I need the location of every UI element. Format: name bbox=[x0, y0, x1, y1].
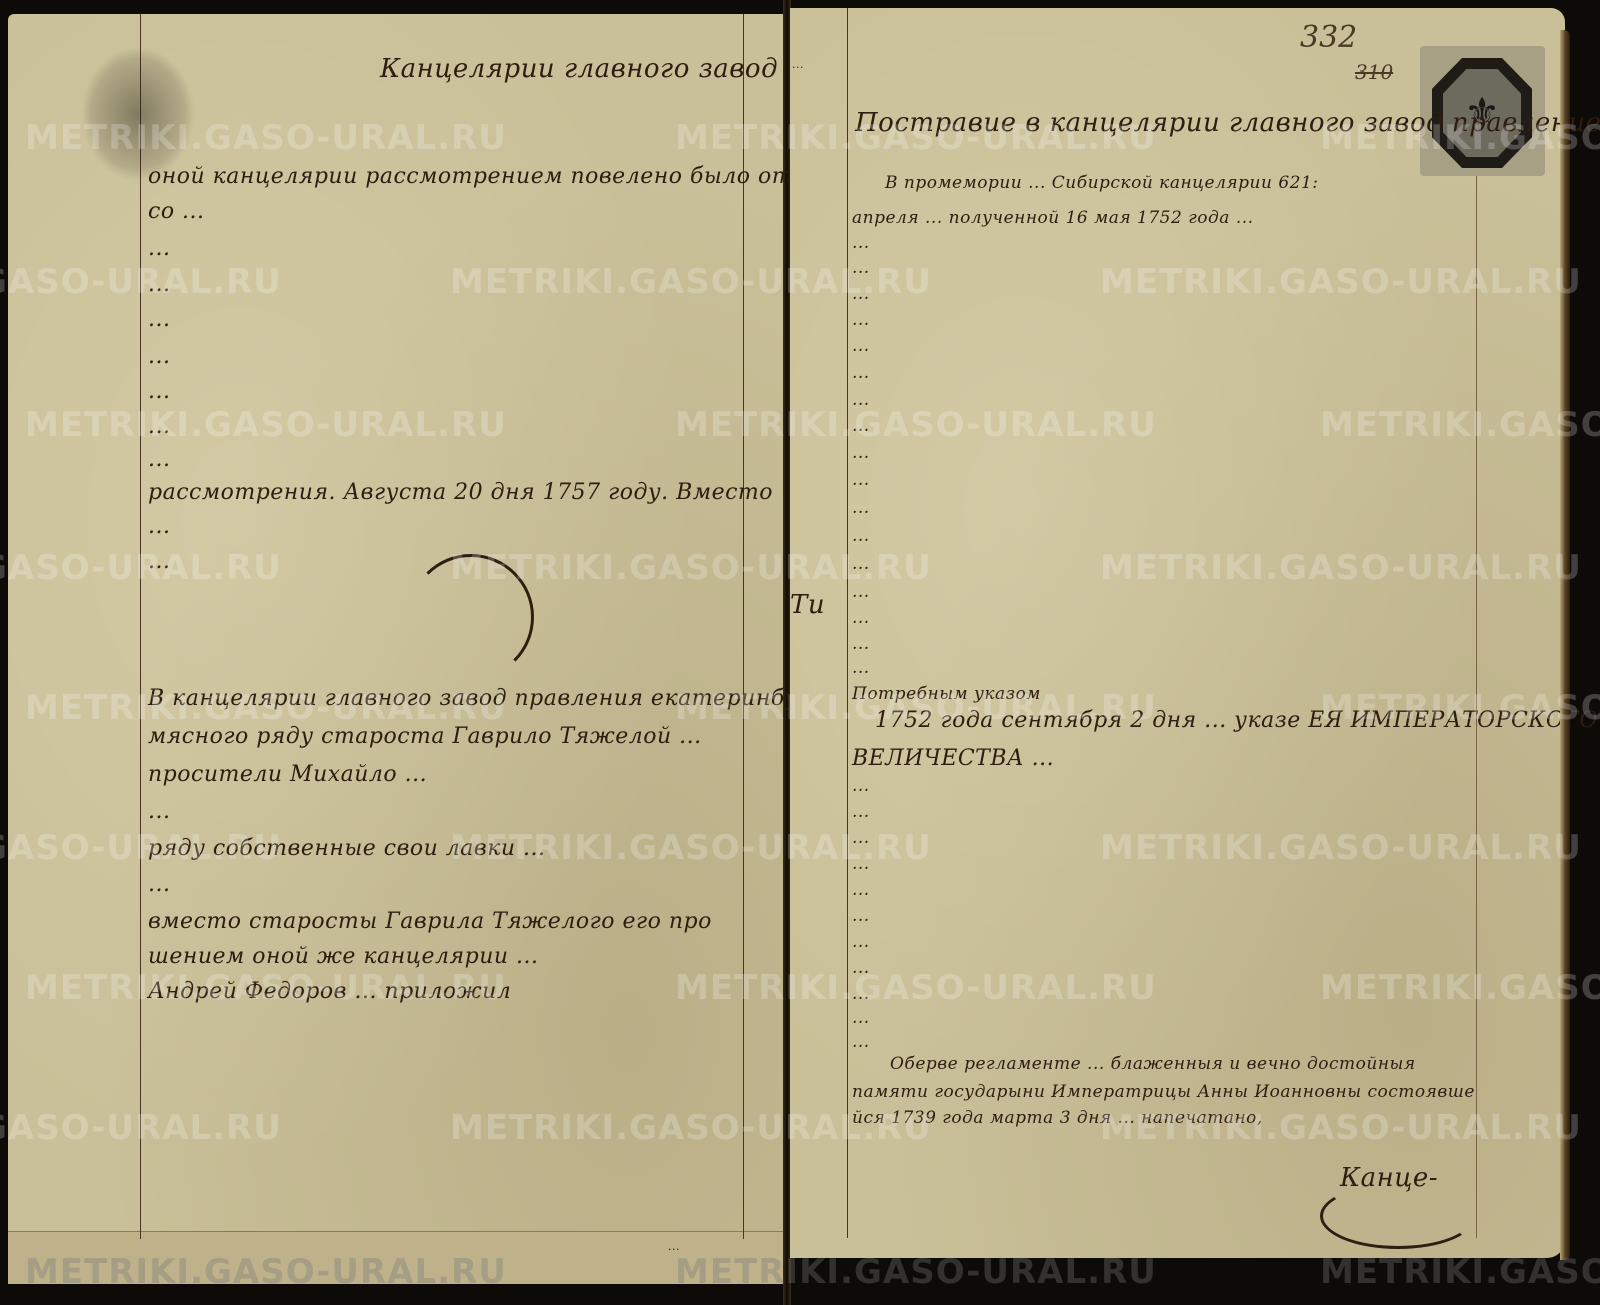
text-line: ... bbox=[852, 258, 870, 278]
text-line: ... bbox=[148, 447, 170, 472]
margin-note-middle: Ти bbox=[790, 590, 825, 620]
signature-flourish-icon bbox=[1320, 1183, 1476, 1249]
text-line: йся 1739 года марта 3 дня ... напечатано… bbox=[852, 1108, 1263, 1128]
text-line: ... bbox=[852, 776, 870, 796]
text-line: ... bbox=[852, 526, 870, 546]
margin-note-top: ... bbox=[792, 58, 847, 71]
text-line: ... bbox=[852, 932, 870, 952]
signature-line: Андрей Федоров ... приложил bbox=[148, 979, 511, 1004]
text-line: со ... bbox=[148, 199, 205, 224]
text-line: просители Михайло ... bbox=[148, 762, 427, 787]
text-line: Оберве регламенте ... блаженныя и вечно … bbox=[890, 1054, 1416, 1074]
text-line: оной канцелярии рассмотрением повелено б… bbox=[148, 164, 793, 189]
text-line: ... bbox=[148, 799, 170, 824]
left-page: Канцелярии главного завод правления оной… bbox=[8, 14, 783, 1284]
faded-stamp-icon bbox=[83, 49, 193, 179]
right-page: 332 310 ⚜ ... Постравие в канцелярии гла… bbox=[790, 8, 1565, 1258]
folio-number-old: 310 bbox=[1355, 60, 1393, 84]
text-line: ... bbox=[852, 363, 870, 383]
text-line: В промемории ... Сибирской канцелярии 62… bbox=[885, 173, 1319, 193]
text-line: ... bbox=[148, 514, 170, 539]
text-line: ... bbox=[852, 658, 870, 678]
page-edge bbox=[1560, 30, 1570, 1260]
text-line: ... bbox=[852, 1008, 870, 1028]
text-line: ... bbox=[852, 828, 870, 848]
signature-flourish-icon bbox=[408, 554, 534, 680]
text-line: вместо старосты Гаврила Тяжелого его про bbox=[148, 909, 712, 934]
right-margin-rule bbox=[743, 14, 744, 1239]
text-line: памяти государыни Императрицы Анны Иоанн… bbox=[852, 1082, 1475, 1102]
signature-line: ... bbox=[148, 549, 170, 574]
text-line: ... bbox=[148, 379, 170, 404]
text-line: ... bbox=[852, 880, 870, 900]
left-margin-rule bbox=[847, 8, 848, 1238]
text-line: ... bbox=[852, 233, 870, 253]
text-line: ... bbox=[852, 984, 870, 1004]
text-line: ... bbox=[852, 336, 870, 356]
text-line: ... bbox=[148, 344, 170, 369]
text-line: ... bbox=[852, 390, 870, 410]
watermark: METRIKI.GASO-URAL.RU bbox=[1320, 1252, 1600, 1292]
text-line: ... bbox=[852, 498, 870, 518]
text-line: ... bbox=[852, 310, 870, 330]
text-line: ... bbox=[852, 854, 870, 874]
left-margin-rule bbox=[140, 14, 141, 1239]
bottom-margin-note: ... bbox=[668, 1240, 680, 1253]
date-line: 1752 года сентября 2 дня ... указе ЕЯ ИМ… bbox=[875, 708, 1598, 733]
text-line: ... bbox=[852, 443, 870, 463]
date-line: апреля ... полученной 16 мая 1752 года .… bbox=[852, 208, 1254, 228]
text-line: ... bbox=[148, 236, 170, 261]
date-line: рассмотрения. Августа 20 дня 1757 году. … bbox=[148, 480, 773, 505]
text-line: ... bbox=[852, 802, 870, 822]
text-line: шением оной же канцелярии ... bbox=[148, 944, 539, 969]
text-line: ... bbox=[148, 414, 170, 439]
text-line: ... bbox=[148, 272, 170, 297]
text-line: ... bbox=[148, 872, 170, 897]
text-line: ... bbox=[852, 554, 870, 574]
text-line: ... bbox=[852, 284, 870, 304]
text-line: Потребным указом bbox=[852, 684, 1041, 704]
text-line: ... bbox=[852, 608, 870, 628]
text-line: В канцелярии главного завод правления ек… bbox=[148, 686, 890, 711]
text-line: ... bbox=[852, 634, 870, 654]
folio-number: 332 bbox=[1300, 20, 1357, 55]
right-margin-rule bbox=[1476, 68, 1477, 1238]
text-line: ... bbox=[852, 582, 870, 602]
text-line: ... bbox=[852, 1032, 870, 1052]
text-line: ... bbox=[148, 307, 170, 332]
right-page-heading: Постравие в канцелярии главного завод пр… bbox=[855, 108, 1600, 138]
text-line: ... bbox=[852, 958, 870, 978]
text-line: мясного ряду староста Гаврило Тяжелой ..… bbox=[148, 724, 702, 749]
text-line: ВЕЛИЧЕСТВА ... bbox=[852, 746, 1054, 771]
text-line: ... bbox=[852, 416, 870, 436]
text-line: ... bbox=[852, 470, 870, 490]
underlying-page-edge bbox=[8, 1231, 783, 1284]
text-line: ряду собственные свои лавки ... bbox=[148, 836, 546, 861]
text-line: ... bbox=[852, 906, 870, 926]
